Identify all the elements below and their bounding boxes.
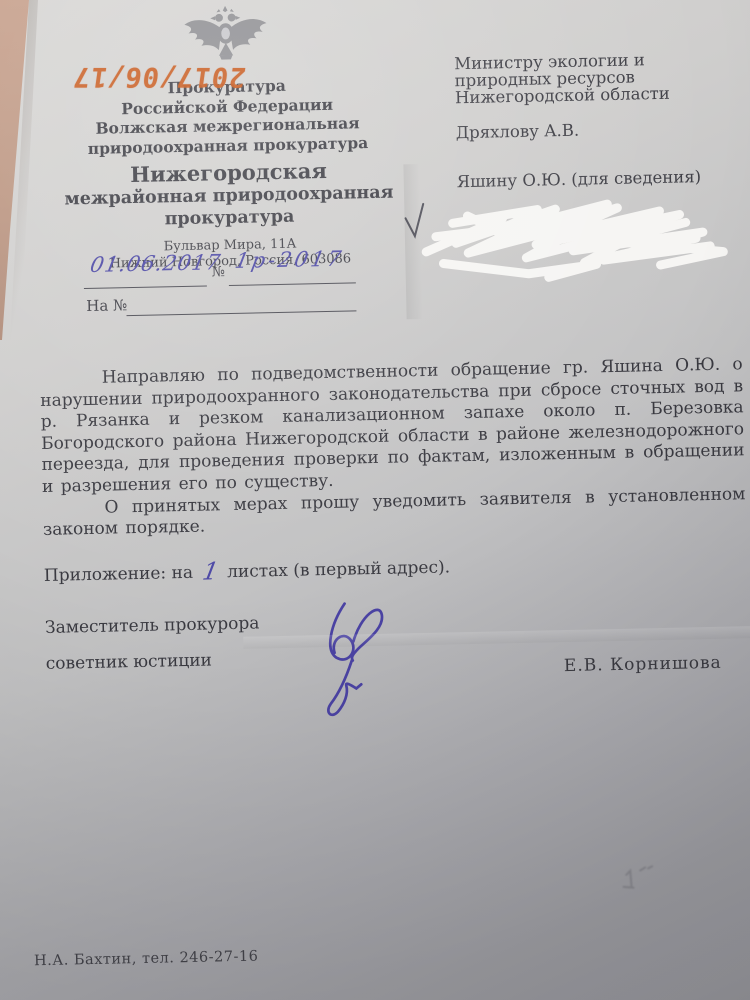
addressee-block: Министру экологии и природных ресурсов Н… <box>454 49 742 191</box>
executor-contact: Н.А. Бахтин, тел. 246-27-16 <box>34 949 259 970</box>
camera-date-stamp: 2017/06/17 <box>65 50 255 92</box>
signer-name: Е.В. Корнишова <box>564 653 722 676</box>
paper-crease-vertical <box>403 164 422 319</box>
number-underline <box>229 282 356 286</box>
date-underline <box>84 285 207 289</box>
recipient-primary: Дряхлову А.В. <box>456 117 741 142</box>
handwritten-outgoing-number: 1р-2017 <box>233 247 346 273</box>
reply-underline <box>126 310 356 316</box>
attachment-suffix: листах (в первый адрес). <box>227 557 450 582</box>
ministry-line: Нижегородской области <box>455 83 740 106</box>
document-photo: Прокуратура Российской Федерации Волжска… <box>0 0 750 1000</box>
attachment-prefix: Приложение: на <box>44 563 193 586</box>
attachment-line: Приложение: на 1 листах (в первый адрес)… <box>44 550 451 587</box>
handwritten-sheet-count: 1 <box>200 557 221 585</box>
handwritten-date: 01.06.2017 <box>88 250 223 277</box>
letterhead-org-name: Нижегородская межрайонная природоохранна… <box>48 156 409 233</box>
ministry-name: Министру экологии и природных ресурсов Н… <box>454 49 740 106</box>
number-sign: № <box>211 264 225 280</box>
body-paragraph: Направляю по подведомственности обращени… <box>40 354 746 498</box>
letterhead: Прокуратура Российской Федерации Волжска… <box>45 1 410 272</box>
letter-body: Направляю по подведомственности обращени… <box>40 354 746 541</box>
signature-ink <box>300 596 418 726</box>
signer-position-line: Заместитель прокурора <box>45 613 260 637</box>
pencil-smudge-mark <box>618 862 669 899</box>
reply-to-label: На № <box>86 296 127 315</box>
redaction-scribble <box>397 185 744 297</box>
letter-sheet: Прокуратура Российской Федерации Волжска… <box>0 0 750 1000</box>
signer-rank-line: советник юстиции <box>46 650 213 673</box>
